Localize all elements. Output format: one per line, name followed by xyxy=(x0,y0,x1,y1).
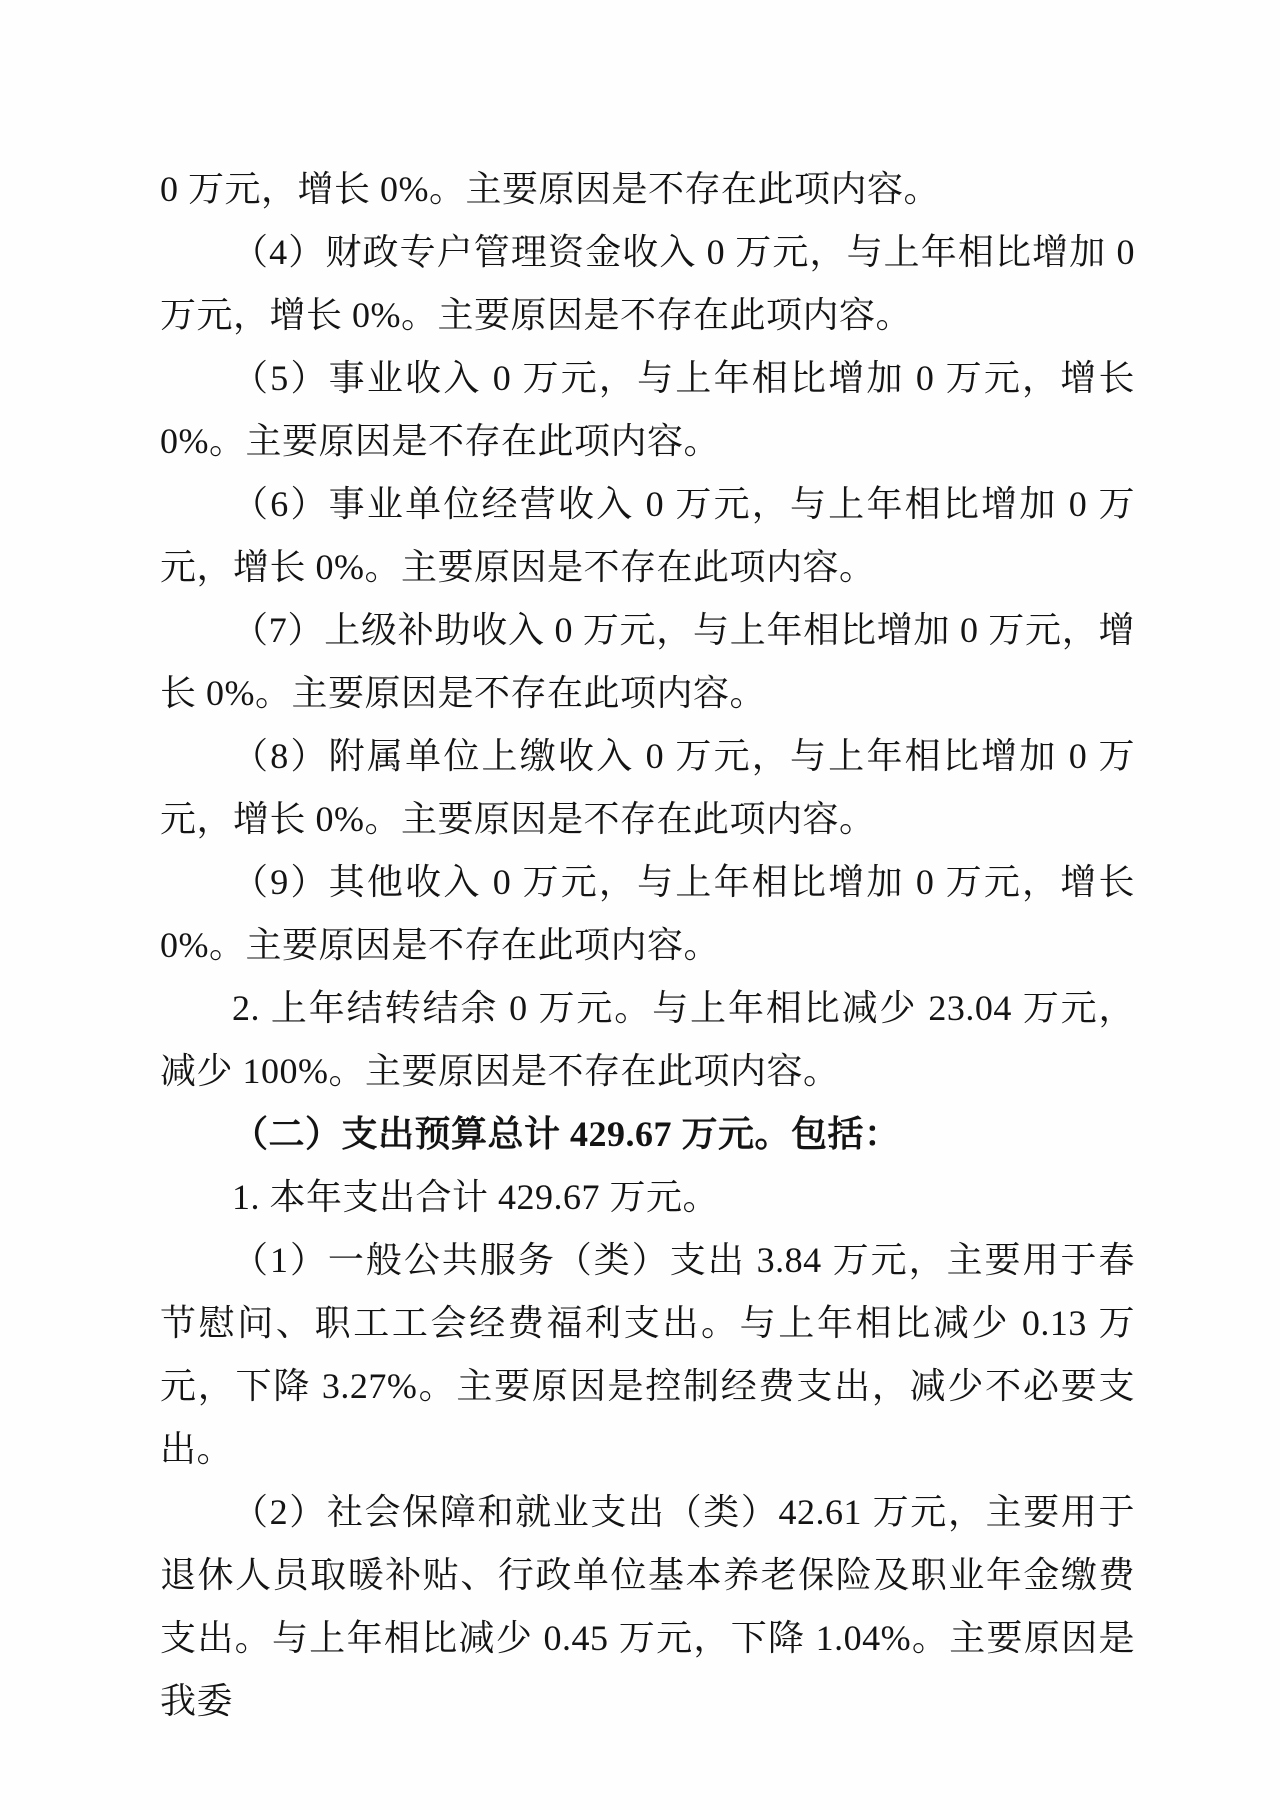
paragraph-income-item-7: （7）上级补助收入 0 万元，与上年相比增加 0 万元，增长 0%。主要原因是不… xyxy=(160,599,1135,725)
paragraph-expense-total-1: 1. 本年支出合计 429.67 万元。 xyxy=(160,1166,1135,1229)
paragraph-continuation-top: 0 万元，增长 0%。主要原因是不存在此项内容。 xyxy=(160,158,1135,221)
paragraph-income-item-9: （9）其他收入 0 万元，与上年相比增加 0 万元，增长 0%。主要原因是不存在… xyxy=(160,851,1135,977)
paragraph-income-item-5: （5）事业收入 0 万元，与上年相比增加 0 万元，增长 0%。主要原因是不存在… xyxy=(160,347,1135,473)
section-heading-expense-budget: （二）支出预算总计 429.67 万元。包括： xyxy=(160,1103,1135,1166)
document-body: 0 万元，增长 0%。主要原因是不存在此项内容。 （4）财政专户管理资金收入 0… xyxy=(160,158,1135,1733)
paragraph-income-item-8: （8）附属单位上缴收入 0 万元，与上年相比增加 0 万元，增长 0%。主要原因… xyxy=(160,725,1135,851)
document-page: 0 万元，增长 0%。主要原因是不存在此项内容。 （4）财政专户管理资金收入 0… xyxy=(0,0,1280,1810)
paragraph-expense-item-2: （2）社会保障和就业支出（类）42.61 万元，主要用于退休人员取暖补贴、行政单… xyxy=(160,1481,1135,1733)
paragraph-carryover-item-2: 2. 上年结转结余 0 万元。与上年相比减少 23.04 万元，减少 100%。… xyxy=(160,977,1135,1103)
paragraph-expense-item-1: （1）一般公共服务（类）支出 3.84 万元，主要用于春节慰问、职工工会经费福利… xyxy=(160,1229,1135,1481)
paragraph-income-item-6: （6）事业单位经营收入 0 万元，与上年相比增加 0 万元，增长 0%。主要原因… xyxy=(160,473,1135,599)
paragraph-income-item-4: （4）财政专户管理资金收入 0 万元，与上年相比增加 0 万元，增长 0%。主要… xyxy=(160,221,1135,347)
